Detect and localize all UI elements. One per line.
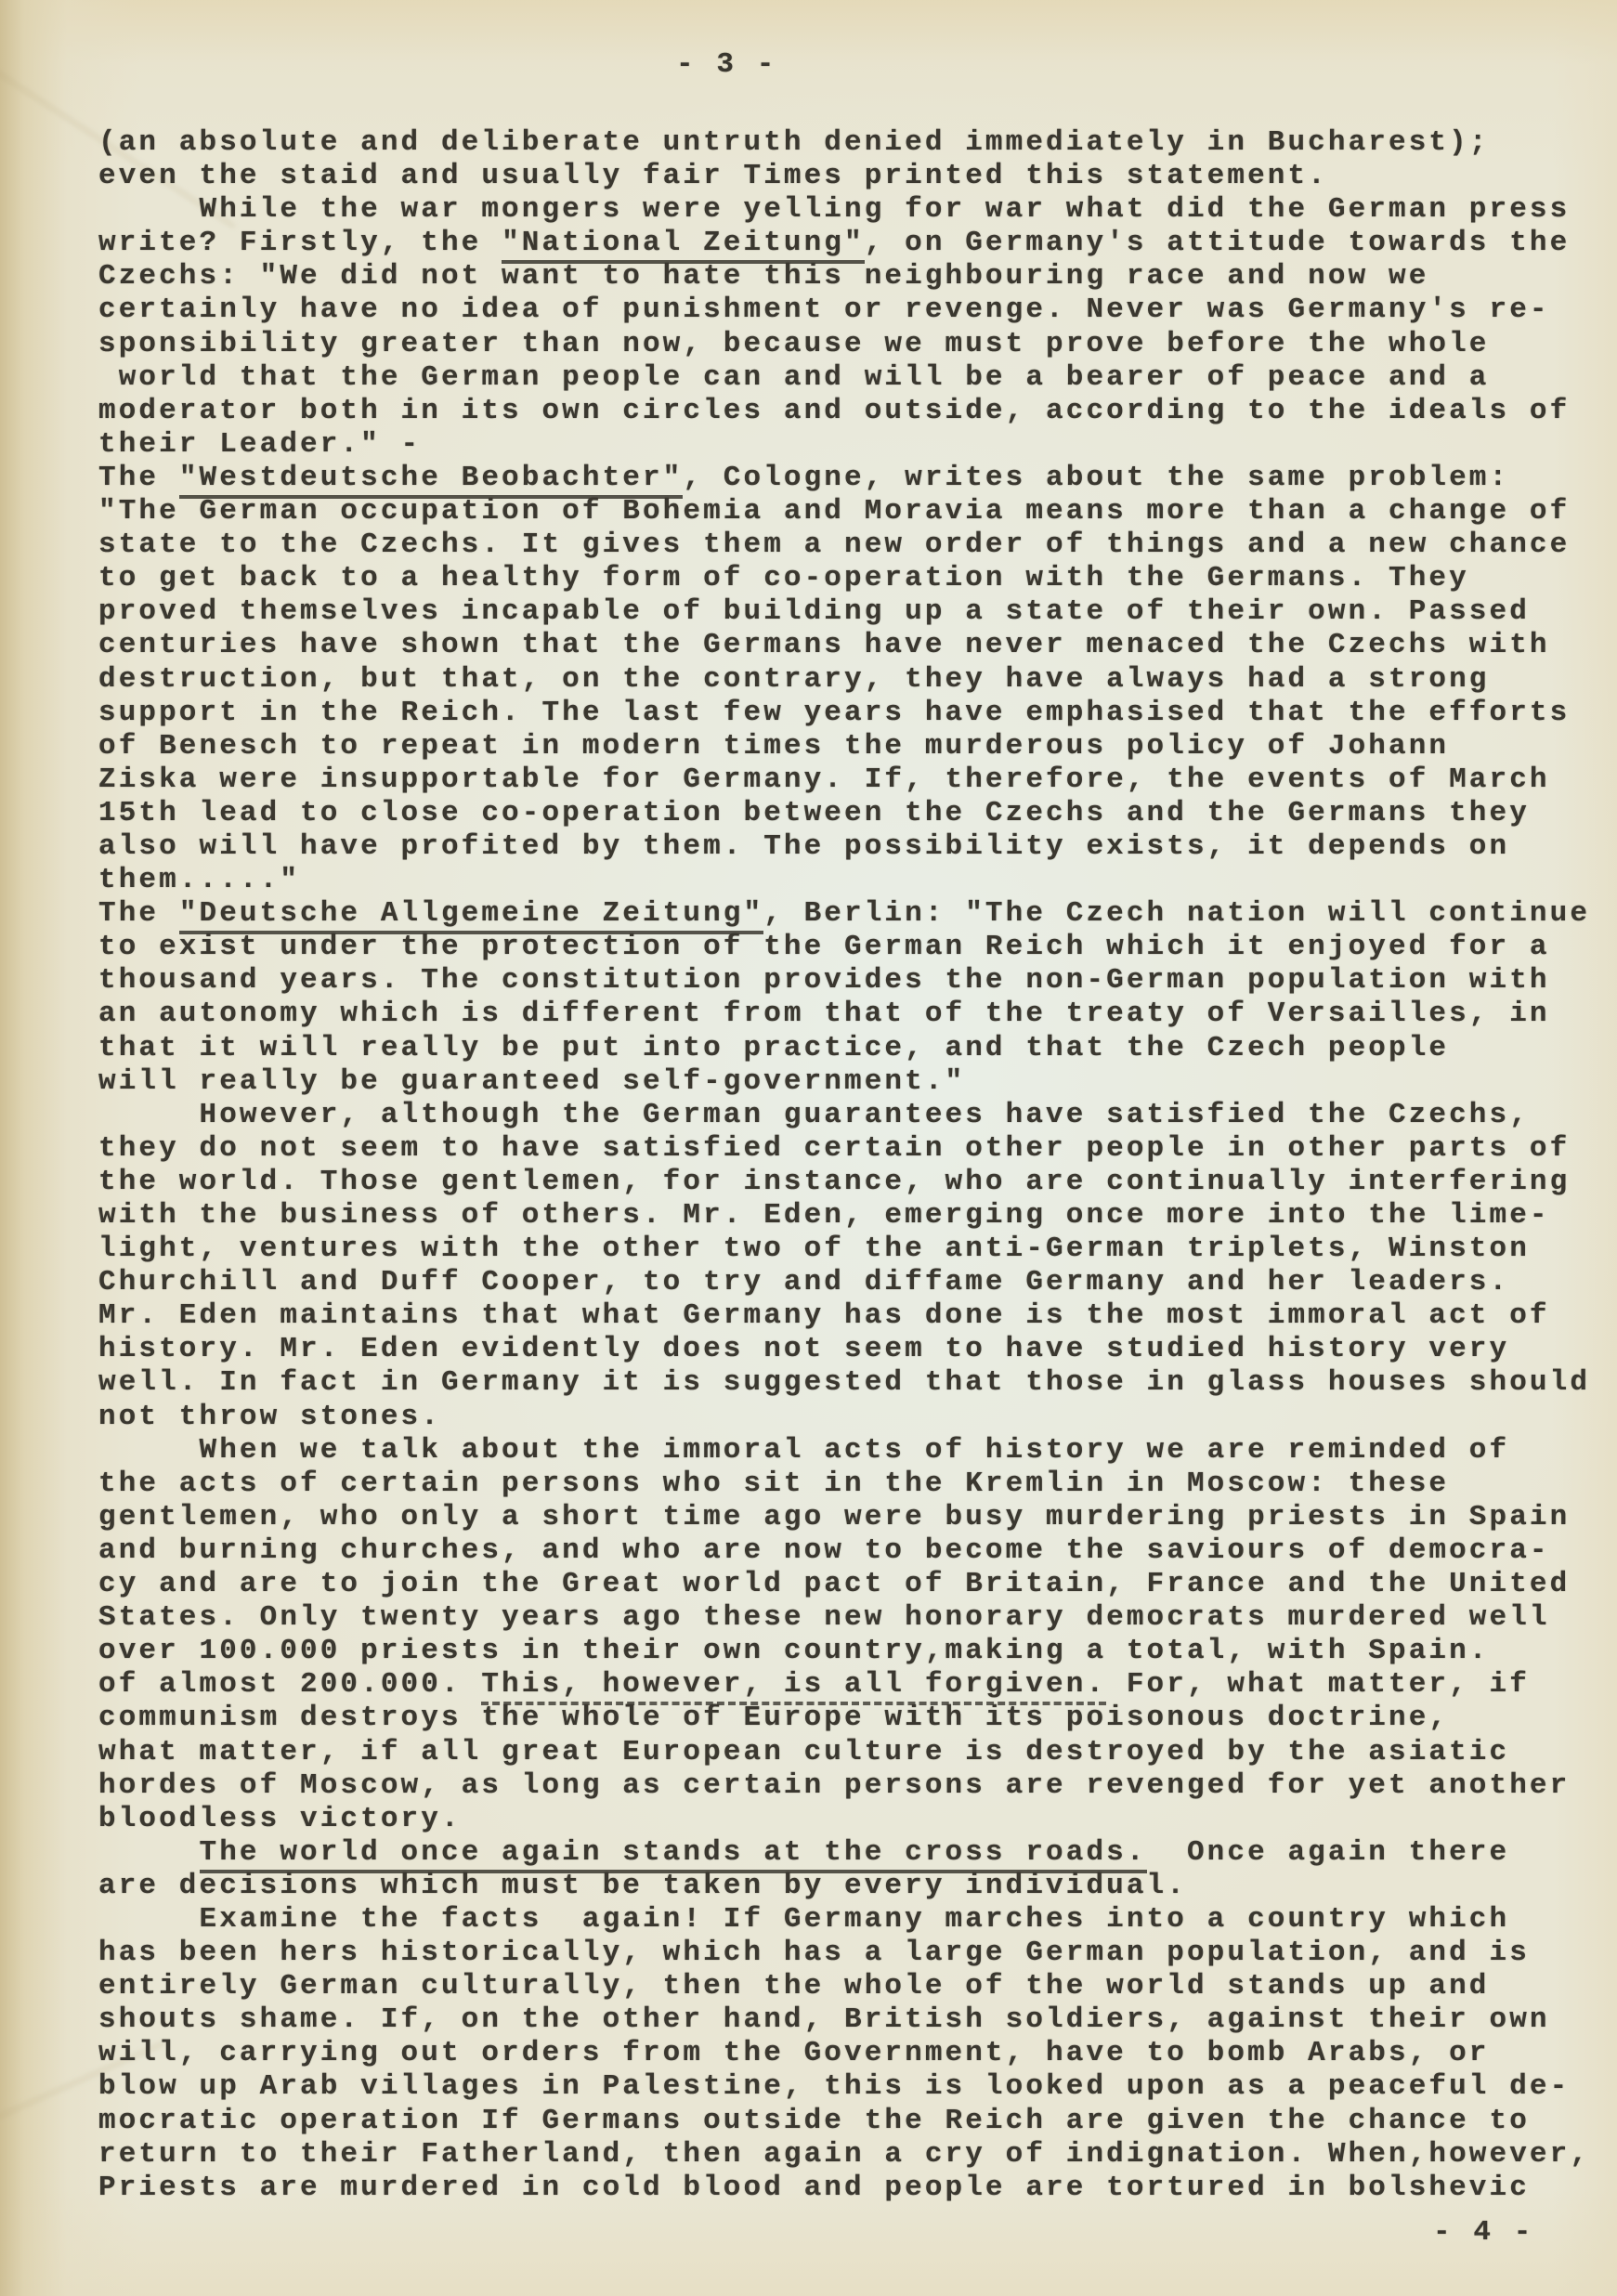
text-segment: light, ventures with the other two of th… — [98, 1233, 1530, 1265]
text-segment: are decisions which must be taken by eve… — [98, 1870, 1187, 1902]
text-segment: what matter, if all great European cultu… — [98, 1736, 1509, 1768]
text-line: write? Firstly, the "National Zeitung", … — [98, 227, 1590, 260]
text-line: the world. Those gentlemen, for instance… — [98, 1166, 1590, 1199]
text-segment: communism destroys the whole of Europe w… — [98, 1702, 1449, 1734]
underlined-text: This, however, is all forgiven. — [481, 1668, 1106, 1705]
text-line: the acts of certain persons who sit in t… — [98, 1468, 1590, 1501]
text-line: proved themselves incapable of building … — [98, 595, 1590, 629]
text-line: While the war mongers were yelling for w… — [98, 193, 1590, 227]
text-line: of almost 200.000. This, however, is all… — [98, 1668, 1590, 1702]
text-line: shouts shame. If, on the other hand, Bri… — [98, 2003, 1590, 2037]
text-segment: The — [98, 897, 179, 930]
text-segment: States. Only twenty years ago these new … — [98, 1601, 1550, 1634]
text-line: destruction, but that, on the contrary, … — [98, 663, 1590, 697]
text-line: Priests are murdered in cold blood and p… — [98, 2172, 1590, 2205]
text-segment: write? Firstly, the — [98, 227, 502, 259]
text-segment: Czechs: "We did not want to hate this ne… — [98, 260, 1428, 293]
text-segment: the acts of certain persons who sit in t… — [98, 1468, 1449, 1500]
text-segment: thousand years. The constitution provide… — [98, 964, 1550, 997]
text-line: not throw stones. — [98, 1401, 1590, 1434]
text-line: The world once again stands at the cross… — [98, 1836, 1590, 1870]
text-line: and burning churches, and who are now to… — [98, 1534, 1590, 1568]
text-line: to get back to a healthy form of co-oper… — [98, 562, 1590, 595]
text-line: that it will really be put into practice… — [98, 1032, 1590, 1065]
text-line: support in the Reich. The last few years… — [98, 697, 1590, 730]
underlined-text: "Deutsche Allgemeine Zeitung" — [179, 897, 763, 934]
text-line: are decisions which must be taken by eve… — [98, 1870, 1590, 1903]
text-segment: of Benesch to repeat in modern times the… — [98, 730, 1449, 763]
text-segment: support in the Reich. The last few years… — [98, 697, 1570, 729]
text-line: Churchill and Duff Cooper, to try and di… — [98, 1266, 1590, 1299]
text-segment: "The German occupation of Bohemia and Mo… — [98, 495, 1570, 528]
text-line: them....." — [98, 864, 1590, 897]
text-segment: world that the German people can and wil… — [98, 361, 1490, 394]
underlined-text: "Westdeutsche Beobachter" — [179, 462, 684, 499]
text-segment: will, carrying out orders from the Gover… — [98, 2037, 1490, 2069]
text-segment: that it will really be put into practice… — [98, 1032, 1449, 1064]
text-segment: Priests are murdered in cold blood and p… — [98, 2172, 1530, 2204]
text-line: "The German occupation of Bohemia and Mo… — [98, 495, 1590, 528]
text-segment: gentlemen, who only a short time ago wer… — [98, 1501, 1570, 1533]
text-segment: certainly have no idea of punishment or … — [98, 294, 1550, 326]
document-page: - 3 - (an absolute and deliberate untrut… — [0, 0, 1617, 2296]
text-line: hordes of Moscow, as long as certain per… — [98, 1769, 1590, 1803]
page-number-bottom: - 4 - — [1433, 2216, 1534, 2250]
text-segment: mocratic operation If Germans outside th… — [98, 2105, 1530, 2137]
text-line: world that the German people can and wil… — [98, 361, 1590, 395]
text-segment: the world. Those gentlemen, for instance… — [98, 1166, 1570, 1198]
text-segment: For, what matter, if — [1106, 1668, 1530, 1701]
text-segment: shouts shame. If, on the other hand, Bri… — [98, 2003, 1550, 2036]
text-segment: entirely German culturally, then the who… — [98, 1970, 1490, 2002]
text-segment: an autonomy which is different from that… — [98, 998, 1550, 1030]
text-segment: sponsibility greater than now, because w… — [98, 328, 1490, 360]
text-line: they do not seem to have satisfied certa… — [98, 1132, 1590, 1166]
text-segment: history. Mr. Eden evidently does not see… — [98, 1333, 1509, 1365]
text-segment: proved themselves incapable of building … — [98, 595, 1530, 628]
text-segment: Once again there — [1147, 1836, 1510, 1869]
text-line: what matter, if all great European cultu… — [98, 1736, 1590, 1769]
text-segment: Examine the facts again! If Germany marc… — [98, 1903, 1509, 1936]
text-segment: also will have profited by them. The pos… — [98, 830, 1509, 863]
text-line: cy and are to join the Great world pact … — [98, 1568, 1590, 1601]
text-segment: , on Germany's attitude towards the — [865, 227, 1571, 259]
text-line: Czechs: "We did not want to hate this ne… — [98, 260, 1590, 294]
text-line: communism destroys the whole of Europe w… — [98, 1702, 1590, 1735]
text-segment: bloodless victory. — [98, 1803, 462, 1835]
text-line: bloodless victory. — [98, 1803, 1590, 1836]
underlined-text: "National Zeitung" — [502, 227, 865, 264]
text-segment: hordes of Moscow, as long as certain per… — [98, 1769, 1570, 1802]
text-segment: However, although the German guarantees … — [98, 1099, 1530, 1131]
text-line: to exist under the protection of the Ger… — [98, 931, 1590, 964]
text-line: Examine the facts again! If Germany marc… — [98, 1903, 1590, 1937]
text-line: gentlemen, who only a short time ago wer… — [98, 1501, 1590, 1534]
text-segment: them....." — [98, 864, 300, 896]
text-segment: with the business of others. Mr. Eden, e… — [98, 1199, 1550, 1232]
text-line: 15th lead to close co-operation between … — [98, 797, 1590, 830]
text-line: an autonomy which is different from that… — [98, 998, 1590, 1031]
text-line: sponsibility greater than now, because w… — [98, 328, 1590, 361]
text-segment: When we talk about the immoral acts of h… — [98, 1434, 1509, 1467]
text-segment: (an absolute and deliberate untruth deni… — [98, 126, 1490, 159]
text-line: light, ventures with the other two of th… — [98, 1233, 1590, 1266]
text-segment: , Berlin: "The Czech nation will continu… — [763, 897, 1590, 930]
text-line: state to the Czechs. It gives them a new… — [98, 528, 1590, 562]
text-line: over 100.000 priests in their own countr… — [98, 1635, 1590, 1668]
text-segment: even the staid and usually fair Times pr… — [98, 160, 1328, 192]
text-line: certainly have no idea of punishment or … — [98, 294, 1590, 327]
text-segment: cy and are to join the Great world pact … — [98, 1568, 1570, 1600]
text-line: entirely German culturally, then the who… — [98, 1970, 1590, 2003]
text-line: has been hers historically, which has a … — [98, 1937, 1590, 1970]
text-segment: return to their Fatherland, then again a… — [98, 2138, 1590, 2171]
text-line: States. Only twenty years ago these new … — [98, 1601, 1590, 1635]
text-line: Mr. Eden maintains that what Germany has… — [98, 1299, 1590, 1333]
text-segment: and burning churches, and who are now to… — [98, 1534, 1550, 1567]
text-line: with the business of others. Mr. Eden, e… — [98, 1199, 1590, 1233]
text-segment: they do not seem to have satisfied certa… — [98, 1132, 1570, 1165]
text-segment: over 100.000 priests in their own countr… — [98, 1635, 1490, 1667]
text-line: (an absolute and deliberate untruth deni… — [98, 126, 1590, 160]
text-line: The "Westdeutsche Beobachter", Cologne, … — [98, 462, 1590, 495]
text-line: thousand years. The constitution provide… — [98, 964, 1590, 998]
text-line: also will have profited by them. The pos… — [98, 830, 1590, 864]
text-segment — [98, 1836, 200, 1869]
text-line: of Benesch to repeat in modern times the… — [98, 730, 1590, 763]
text-segment: state to the Czechs. It gives them a new… — [98, 528, 1570, 561]
text-segment: , Cologne, writes about the same problem… — [683, 462, 1509, 494]
text-segment: moderator both in its own circles and ou… — [98, 395, 1570, 427]
page-number-top: - 3 - — [676, 48, 777, 82]
text-segment: of almost 200.000. — [98, 1668, 481, 1701]
text-line: However, although the German guarantees … — [98, 1099, 1590, 1132]
text-line: blow up Arab villages in Palestine, this… — [98, 2070, 1590, 2104]
text-line: will, carrying out orders from the Gover… — [98, 2037, 1590, 2070]
text-line: centuries have shown that the Germans ha… — [98, 629, 1590, 662]
text-line: even the staid and usually fair Times pr… — [98, 160, 1590, 193]
text-line: history. Mr. Eden evidently does not see… — [98, 1333, 1590, 1366]
text-line: Ziska were insupportable for Germany. If… — [98, 763, 1590, 797]
text-line: well. In fact in Germany it is suggested… — [98, 1366, 1590, 1400]
text-segment: centuries have shown that the Germans ha… — [98, 629, 1550, 661]
text-segment: 15th lead to close co-operation between … — [98, 797, 1530, 829]
document-body: (an absolute and deliberate untruth deni… — [98, 126, 1590, 2205]
text-line: mocratic operation If Germans outside th… — [98, 2105, 1590, 2138]
text-segment: Mr. Eden maintains that what Germany has… — [98, 1299, 1550, 1332]
text-segment: The — [98, 462, 179, 494]
text-segment: destruction, but that, on the contrary, … — [98, 663, 1490, 696]
text-line: The "Deutsche Allgemeine Zeitung", Berli… — [98, 897, 1590, 931]
text-segment: to get back to a healthy form of co-oper… — [98, 562, 1469, 594]
text-line: their Leader." - — [98, 428, 1590, 462]
text-line: return to their Fatherland, then again a… — [98, 2138, 1590, 2172]
text-line: will really be guaranteed self-governmen… — [98, 1065, 1590, 1099]
text-segment: their Leader." - — [98, 428, 421, 461]
text-segment: Churchill and Duff Cooper, to try and di… — [98, 1266, 1509, 1298]
text-segment: has been hers historically, which has a … — [98, 1937, 1530, 1969]
text-segment: Ziska were insupportable for Germany. If… — [98, 763, 1550, 796]
text-segment: While the war mongers were yelling for w… — [98, 193, 1570, 226]
text-segment: blow up Arab villages in Palestine, this… — [98, 2070, 1570, 2103]
text-line: When we talk about the immoral acts of h… — [98, 1434, 1590, 1468]
text-segment: to exist under the protection of the Ger… — [98, 931, 1550, 963]
text-line: moderator both in its own circles and ou… — [98, 395, 1590, 428]
text-segment: not throw stones. — [98, 1401, 441, 1433]
underlined-text: The world once again stands at the cross… — [200, 1836, 1147, 1873]
text-segment: will really be guaranteed self-governmen… — [98, 1065, 965, 1098]
text-segment: well. In fact in Germany it is suggested… — [98, 1366, 1590, 1399]
